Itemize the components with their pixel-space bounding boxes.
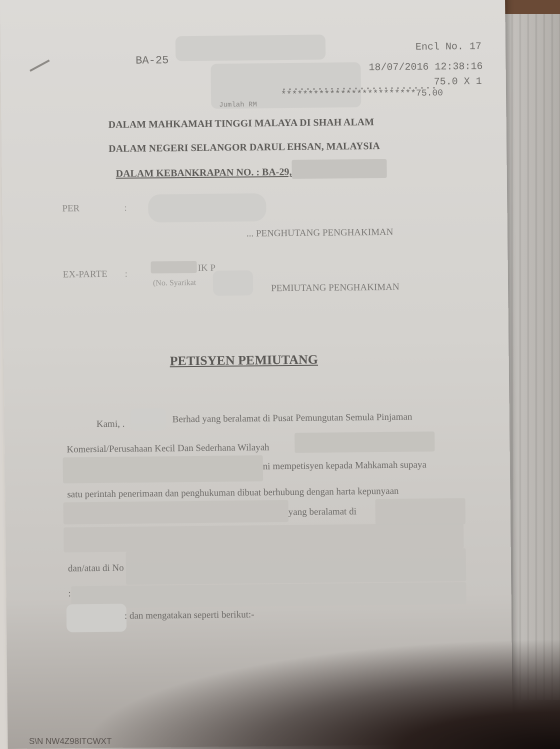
debtor-role: ... PENGHUTANG PENGHAKIMAN — [246, 228, 393, 240]
case-reference: BA-25 — [136, 55, 169, 67]
body-kami: Kami, . — [96, 420, 124, 430]
redacted-block — [63, 500, 288, 524]
redacted-block — [151, 261, 197, 273]
body-line-4: satu perintah penerimaan dan penghukuman… — [67, 487, 399, 500]
per-label: PER — [62, 204, 80, 214]
redacted-block — [375, 498, 465, 525]
enclosure-number: Encl No. 17 — [415, 42, 481, 54]
redacted-company-number — [213, 270, 253, 295]
ex-parte-label: EX-PARTE — [63, 270, 108, 280]
body-line-3: ni mempetisyen kepada Mahkamah supaya — [263, 461, 427, 473]
bankruptcy-number: DALAM KEBANKRAPAN NO. : BA-29, — [116, 167, 292, 180]
receipt-line-item: 75.0 X 1 — [434, 77, 482, 89]
redacted-block — [126, 548, 466, 585]
redacted-block — [175, 35, 325, 62]
ex-parte-colon: : — [125, 270, 128, 280]
court-name-line: DALAM MAHKAMAH TINGGI MALAYA DI SHAH ALA… — [108, 117, 374, 131]
receipt-total: *************************75.00 — [281, 88, 443, 100]
desk-surface — [500, 0, 560, 14]
redacted-block — [292, 159, 387, 179]
per-colon: : — [124, 204, 127, 214]
body-line-2: Komersial/Perusahaan Kecil Dan Sederhana… — [67, 443, 270, 455]
court-document-page: BA-25 Encl No. 17 18/07/2016 12:38:16 ..… — [0, 0, 513, 749]
body-line-8: : dan mengatakan seperti berikut:- — [124, 610, 254, 621]
pen-mark — [30, 59, 50, 71]
court-state-line: DALAM NEGERI SELANGOR DARUL EHSAN, MALAY… — [109, 141, 380, 155]
redacted-block — [130, 408, 166, 430]
body-line-1: Berhad yang beralamat di Pusat Pemunguta… — [172, 413, 412, 426]
body-line-6: dan/atau di No — [68, 564, 124, 575]
creditor-role: PEMIUTANG PENGHAKIMAN — [271, 283, 399, 294]
redacted-block — [66, 604, 126, 633]
redacted-block — [63, 455, 263, 483]
redacted-block — [71, 582, 466, 608]
serial-number: S\N NW4Z98ITCWXT — [29, 736, 112, 746]
receipt-jumlah-label: Jumlah RM — [219, 101, 257, 109]
document-title: PETISYEN PEMIUTANG — [170, 352, 318, 370]
redacted-block — [295, 431, 435, 452]
company-number-label: (No. Syarikat — [153, 278, 196, 287]
redacted-debtor-name — [148, 193, 266, 222]
body-line-5: yang beralamat di — [288, 507, 356, 518]
receipt-datetime: 18/07/2016 12:38:16 — [369, 62, 483, 74]
